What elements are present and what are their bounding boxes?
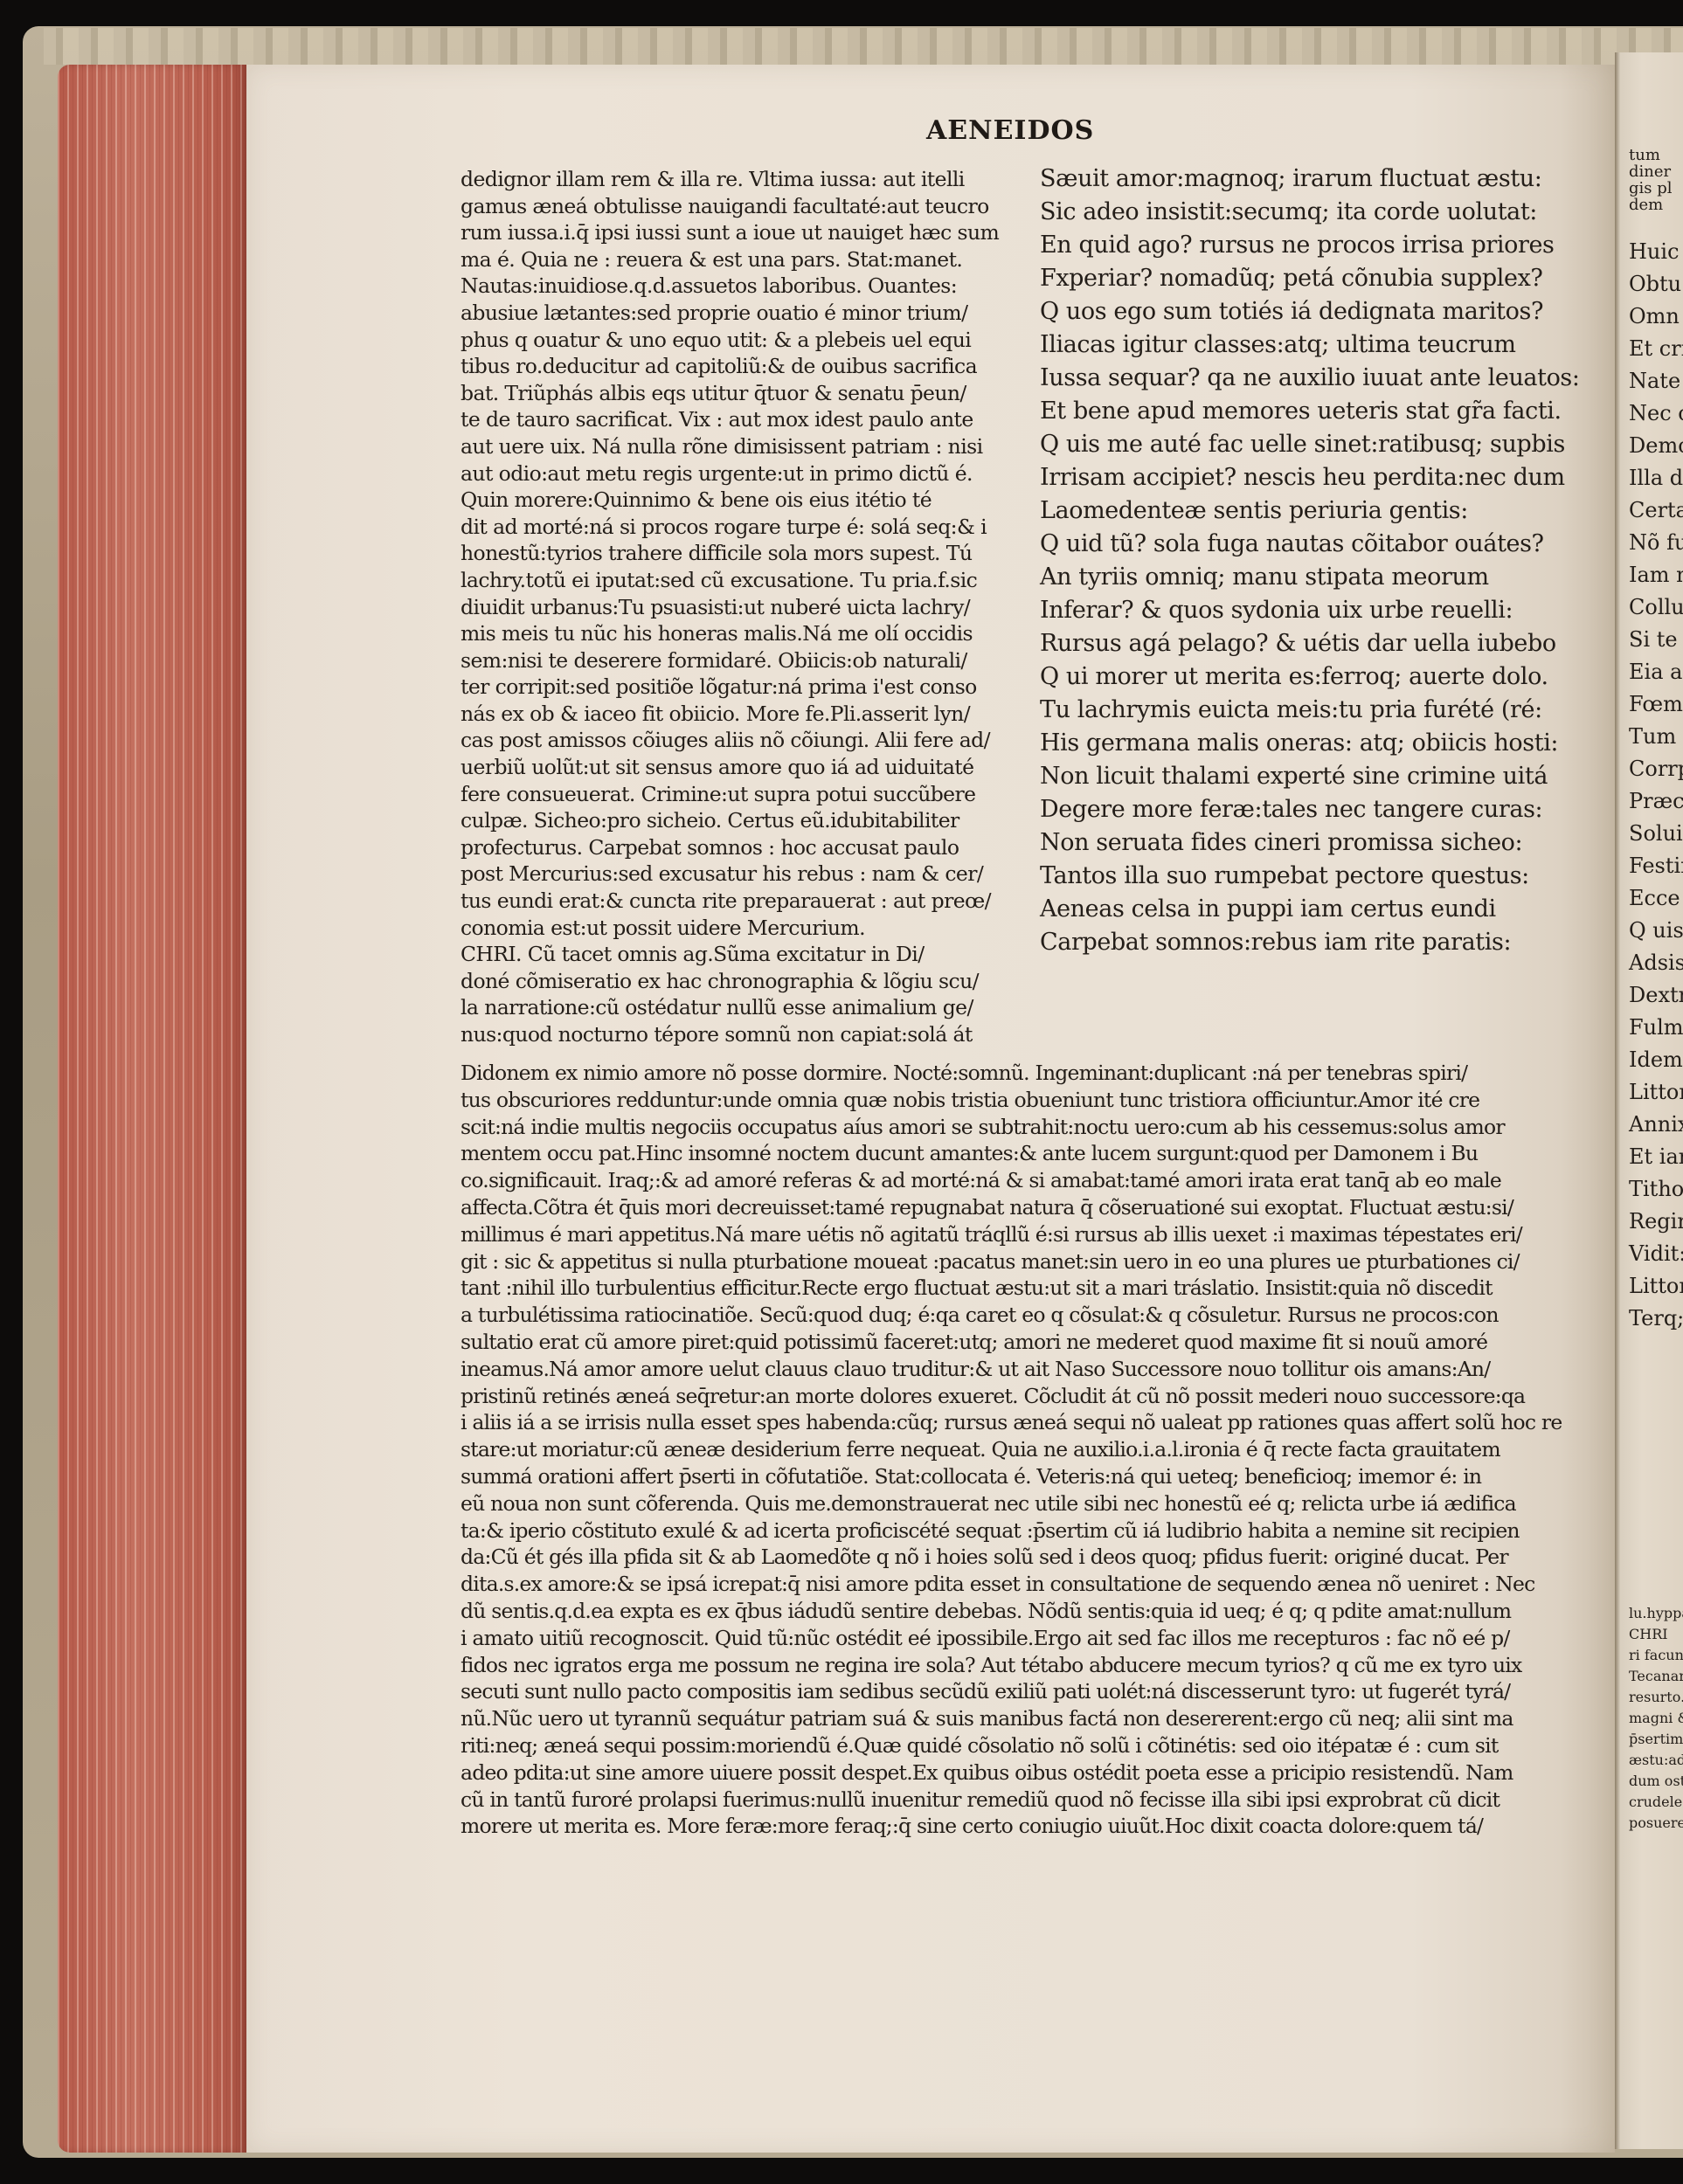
commentary-line: doné cõmiseratio ex hac chronographia & …	[461, 968, 1037, 995]
commentary-line: morere ut merita es. More feræ:more fera…	[461, 1813, 1605, 1840]
facing-line: CHRI	[1629, 1624, 1683, 1645]
commentary-line: millimus é mari appetitus.Ná mare uétis …	[461, 1221, 1605, 1248]
facing-line: Colluc	[1629, 591, 1683, 624]
commentary-line: a turbulétissima ratiocinatiõe. Secũ:quo…	[461, 1302, 1605, 1329]
verse-line: Aeneas celsa in puppi iam certus eundi	[1040, 893, 1590, 926]
commentary-line: la narratione:cũ ostédatur nullũ esse an…	[461, 994, 1037, 1021]
commentary-line: riti:neq; æneá sequi possim:moriendũ é.Q…	[461, 1732, 1605, 1759]
facing-line: Idem c	[1629, 1044, 1683, 1076]
facing-line: crudele	[1629, 1792, 1683, 1813]
commentary-line: fere consueuerat. Crimine:ut supra potui…	[461, 781, 1037, 808]
facing-line: Corrp	[1629, 753, 1683, 785]
facing-line: Solui	[1629, 818, 1683, 850]
verse-line: Rursus agá pelago? & uétis dar uella iub…	[1040, 627, 1590, 660]
commentary-line: dita.s.ex amore:& se ipsá icrepat:q̄ nis…	[461, 1571, 1605, 1598]
facing-line: Tithor	[1629, 1173, 1683, 1206]
facing-line: dem	[1629, 197, 1673, 213]
commentary-line: cũ in tantũ furoré prolapsi fuerimus:nul…	[461, 1787, 1605, 1814]
facing-line: Tecanar	[1629, 1666, 1683, 1687]
binding-top-edge	[44, 28, 1683, 65]
commentary-line: culpæ. Sicheo:pro sicheio. Certus eũ.idu…	[461, 807, 1037, 834]
verse-line: Fxperiar? nomadũq; petá cõnubia supplex?	[1040, 262, 1590, 295]
facing-line: æstu:ad	[1629, 1750, 1683, 1771]
commentary-line: Didonem ex nimio amore nõ posse dormire.…	[461, 1060, 1605, 1087]
commentary-line: affecta.Cõtra ét q̄uis mori decreuisset:…	[461, 1194, 1605, 1221]
verse-line: Iussa sequar? qa ne auxilio iuuat ante l…	[1040, 362, 1590, 395]
facing-line: Fulmi	[1629, 1012, 1683, 1044]
commentary-line: dit ad morté:ná si procos rogare turpe é…	[461, 514, 1037, 541]
commentary-line: mis meis tu nũc his honeras malis.Ná me …	[461, 620, 1037, 647]
commentary-line: aut uere uix. Ná nulla rõne dimisissent …	[461, 433, 1037, 460]
commentary-line: dedignor illam rem & illa re. Vltima ius…	[461, 166, 1037, 193]
facing-line: Præci	[1629, 785, 1683, 818]
facing-line: Littora	[1629, 1270, 1683, 1303]
facing-line: Ecce it	[1629, 882, 1683, 915]
facing-line: Obtu	[1629, 268, 1683, 301]
facing-line: Adsis c	[1629, 947, 1683, 979]
commentary-line: uerbiũ uolũt:ut sit sensus amore quo iá …	[461, 754, 1037, 781]
commentary-line: summá orationi affert p̄serti in cõfutat…	[461, 1463, 1605, 1490]
facing-line: resurto.	[1629, 1687, 1683, 1708]
commentary-line: mentem occu pat.Hinc insomné noctem ducu…	[461, 1140, 1605, 1167]
facing-line: posuere	[1629, 1813, 1683, 1834]
facing-line: Q uis	[1629, 915, 1683, 947]
facing-line: tum	[1629, 147, 1673, 163]
verse-line: His germana malis oneras: atq; obiicis h…	[1040, 727, 1590, 760]
verse-line: En quid ago? rursus ne procos irrisa pri…	[1040, 229, 1590, 262]
commentary-line: tibus ro.deducitur ad capitoliũ:& de oui…	[461, 353, 1037, 380]
facing-page-commentary: lu.hyppa CHRI ri facunc Tecanar resurto.…	[1629, 1603, 1683, 1834]
facing-line: Omn	[1629, 301, 1683, 333]
commentary-line: pristinũ retinés æneá seq̄retur:an morte…	[461, 1383, 1605, 1410]
commentary-line: honestũ:tyrios trahere difficile sola mo…	[461, 540, 1037, 567]
verse-line: Sæuit amor:magnoq; irarum fluctuat æstu:	[1040, 162, 1590, 196]
running-head: AENEIDOS	[926, 115, 1094, 146]
commentary-line: ter corripit:sed positiõe lõgatur:ná pri…	[461, 674, 1037, 701]
facing-line: Illa dc	[1629, 462, 1683, 494]
commentary-line: nus:quod nocturno tépore somnũ non capia…	[461, 1021, 1037, 1048]
commentary-line: tus eundi erat:& cuncta rite preparauera…	[461, 888, 1037, 915]
commentary-line: lachry.totũ ei iputat:sed cũ excusatione…	[461, 567, 1037, 594]
verse-line: Inferar? & quos sydonia uix urbe reuelli…	[1040, 594, 1590, 627]
commentary-lower-block: Didonem ex nimio amore nõ posse dormire.…	[461, 1060, 1605, 1840]
facing-line: diner	[1629, 163, 1673, 180]
commentary-line: ta:& iperio cõstituto exulé & ad icerta …	[461, 1517, 1605, 1545]
facing-line: magni &	[1629, 1708, 1683, 1729]
facing-page-verse: Huic Obtu Omn Et cri Nate Nec c Demc Ill…	[1629, 236, 1683, 1335]
commentary-line: cas post amissos cõiuges aliis nõ cõiung…	[461, 727, 1037, 754]
commentary-line: stare:ut moriatur:cũ æneæ desiderium fer…	[461, 1436, 1605, 1463]
commentary-line: bat. Triũphás albis eqs utitur q̄tuor & …	[461, 380, 1037, 407]
verse-line: Sic adeo insistit:secumq; ita corde uolu…	[1040, 196, 1590, 229]
commentary-line: co.significauit. Iraq;:& ad amoré refera…	[461, 1167, 1605, 1194]
verse-line: Laomedenteæ sentis periuria gentis:	[1040, 494, 1590, 528]
commentary-line: profecturus. Carpebat somnos : hoc accus…	[461, 834, 1037, 861]
commentary-line: gamus æneá obtulisse nauigandi facultaté…	[461, 193, 1037, 220]
facing-line: Annixi	[1629, 1109, 1683, 1141]
commentary-line: sultatio erat cũ amore piret:quid potiss…	[461, 1329, 1605, 1356]
commentary-line: rum iussa.i.q̄ ipsi iussi sunt a ioue ut…	[461, 219, 1037, 246]
commentary-line: adeo pdita:ut sine amore uiuere possit d…	[461, 1759, 1605, 1787]
commentary-line: tant :nihil illo turbulentius efficitur.…	[461, 1275, 1605, 1302]
commentary-line: CHRI. Cũ tacet omnis ag.Sũma excitatur i…	[461, 941, 1037, 968]
facing-line: Nate	[1629, 365, 1683, 397]
verse-line: An tyriis omniq; manu stipata meorum	[1040, 561, 1590, 594]
commentary-line: i aliis iá a se irrisis nulla esset spes…	[461, 1409, 1605, 1436]
verse-line: Q ui morer ut merita es:ferroq; auerte d…	[1040, 660, 1590, 694]
commentary-line: git : sic & appetitus si nulla pturbatio…	[461, 1248, 1605, 1275]
commentary-line: ma é. Quia ne : reuera & est una pars. S…	[461, 246, 1037, 273]
facing-page-commentary-head: tum diner gis pl dem	[1629, 147, 1673, 213]
commentary-line: i amato uitiũ recognoscit. Quid tũ:nũc o…	[461, 1625, 1605, 1652]
verse-line: Iliacas igitur classes:atq; ultima teucr…	[1040, 328, 1590, 362]
verse-line: Q uos ego sum totiés iá dedignata marito…	[1040, 295, 1590, 328]
verse-line: Irrisam accipiet? nescis heu perdita:nec…	[1040, 461, 1590, 494]
commentary-line: Nautas:inuidiose.q.d.assuetos laboribus.…	[461, 273, 1037, 300]
verse-line: Tu lachrymis euicta meis:tu pria furété …	[1040, 694, 1590, 727]
facing-line: Terq; c	[1629, 1303, 1683, 1335]
commentary-line: eũ noua non sunt cõferenda. Quis me.demo…	[461, 1490, 1605, 1517]
commentary-line: nũ.Nũc uero ut tyrannũ sequátur patriam …	[461, 1705, 1605, 1732]
verse-line: Q uid tũ? sola fuga nautas cõitabor ouát…	[1040, 528, 1590, 561]
facing-line: dum ost	[1629, 1771, 1683, 1792]
verse-line: Q uis me auté fac uelle sinet:ratibusq; …	[1040, 428, 1590, 461]
facing-line: Et iam	[1629, 1141, 1683, 1173]
commentary-line: fidos nec igratos erga me possum ne regi…	[461, 1652, 1605, 1679]
facing-line: Tum t	[1629, 721, 1683, 753]
verse-line: Non seruata fides cineri promissa sicheo…	[1040, 826, 1590, 860]
facing-line: gis pl	[1629, 180, 1673, 197]
facing-line: Demc	[1629, 430, 1683, 462]
facing-line: Littora	[1629, 1076, 1683, 1109]
facing-line: Eia ag	[1629, 656, 1683, 688]
commentary-line: da:Cũ ét gés illa pfida sit & ab Laomedõ…	[461, 1544, 1605, 1571]
facing-line: Et cri	[1629, 333, 1683, 365]
commentary-line: post Mercurius:sed excusatur his rebus :…	[461, 860, 1037, 888]
commentary-line: ineamus.Ná amor amore uelut clauus clauo…	[461, 1356, 1605, 1383]
facing-line: Fœmi	[1629, 688, 1683, 721]
facing-line: Vidit:	[1629, 1238, 1683, 1270]
commentary-line: abusiue lætantes:sed proprie ouatio é mi…	[461, 300, 1037, 327]
commentary-line: dũ sentis.q.d.ea expta es ex q̄bus iádud…	[461, 1598, 1605, 1625]
facing-line: Nec c	[1629, 397, 1683, 430]
commentary-line: sem:nisi te deserere formidaré. Obiicis:…	[461, 647, 1037, 674]
facing-page-edge: tum diner gis pl dem Huic Obtu Omn Et cr…	[1615, 52, 1683, 2149]
commentary-line: tus obscuriores redduntur:unde omnia quæ…	[461, 1087, 1605, 1114]
commentary-line: aut odio:aut metu regis urgente:ut in pr…	[461, 460, 1037, 487]
facing-line: Certa	[1629, 494, 1683, 527]
commentary-line: diuidit urbanus:Tu psuasisti:ut nuberé u…	[461, 594, 1037, 621]
commentary-line: te de tauro sacrificat. Vix : aut mox id…	[461, 406, 1037, 433]
verse-line: Degere more feræ:tales nec tangere curas…	[1040, 793, 1590, 826]
facing-line: Festin	[1629, 850, 1683, 882]
commentary-line: nás ex ob & iaceo fit obiicio. More fe.P…	[461, 701, 1037, 728]
verse-line: Tantos illa suo rumpebat pectore questus…	[1040, 860, 1590, 893]
verse-line: Non licuit thalami experté sine crimine …	[1040, 760, 1590, 793]
commentary-line: phus q ouatur & uno equo utit: & a plebe…	[461, 327, 1037, 354]
facing-line: Huic	[1629, 236, 1683, 268]
commentary-line: conomia est:ut possit uidere Mercurium.	[461, 915, 1037, 942]
verse-column: Sæuit amor:magnoq; irarum fluctuat æstu:…	[1040, 162, 1590, 959]
facing-line: Si te h	[1629, 624, 1683, 656]
verse-line: Et bene apud memores ueteris stat gr̃a f…	[1040, 395, 1590, 428]
red-fore-edge	[58, 65, 246, 2153]
facing-line: Nõ fu	[1629, 527, 1683, 559]
facing-line: Dextra	[1629, 979, 1683, 1012]
commentary-line: secuti sunt nullo pacto compositis iam s…	[461, 1678, 1605, 1705]
commentary-upper-column: dedignor illam rem & illa re. Vltima ius…	[461, 166, 1037, 1048]
facing-line: lu.hyppa	[1629, 1603, 1683, 1624]
facing-line: ri facunc	[1629, 1645, 1683, 1666]
commentary-line: Quin morere:Quinnimo & bene ois eius ité…	[461, 487, 1037, 514]
facing-line: p̄sertim	[1629, 1729, 1683, 1750]
facing-line: Regina	[1629, 1206, 1683, 1238]
verse-line: Carpebat somnos:rebus iam rite paratis:	[1040, 926, 1590, 959]
facing-line: Iam m	[1629, 559, 1683, 591]
commentary-line: scit:ná indie multis negociis occupatus …	[461, 1114, 1605, 1141]
